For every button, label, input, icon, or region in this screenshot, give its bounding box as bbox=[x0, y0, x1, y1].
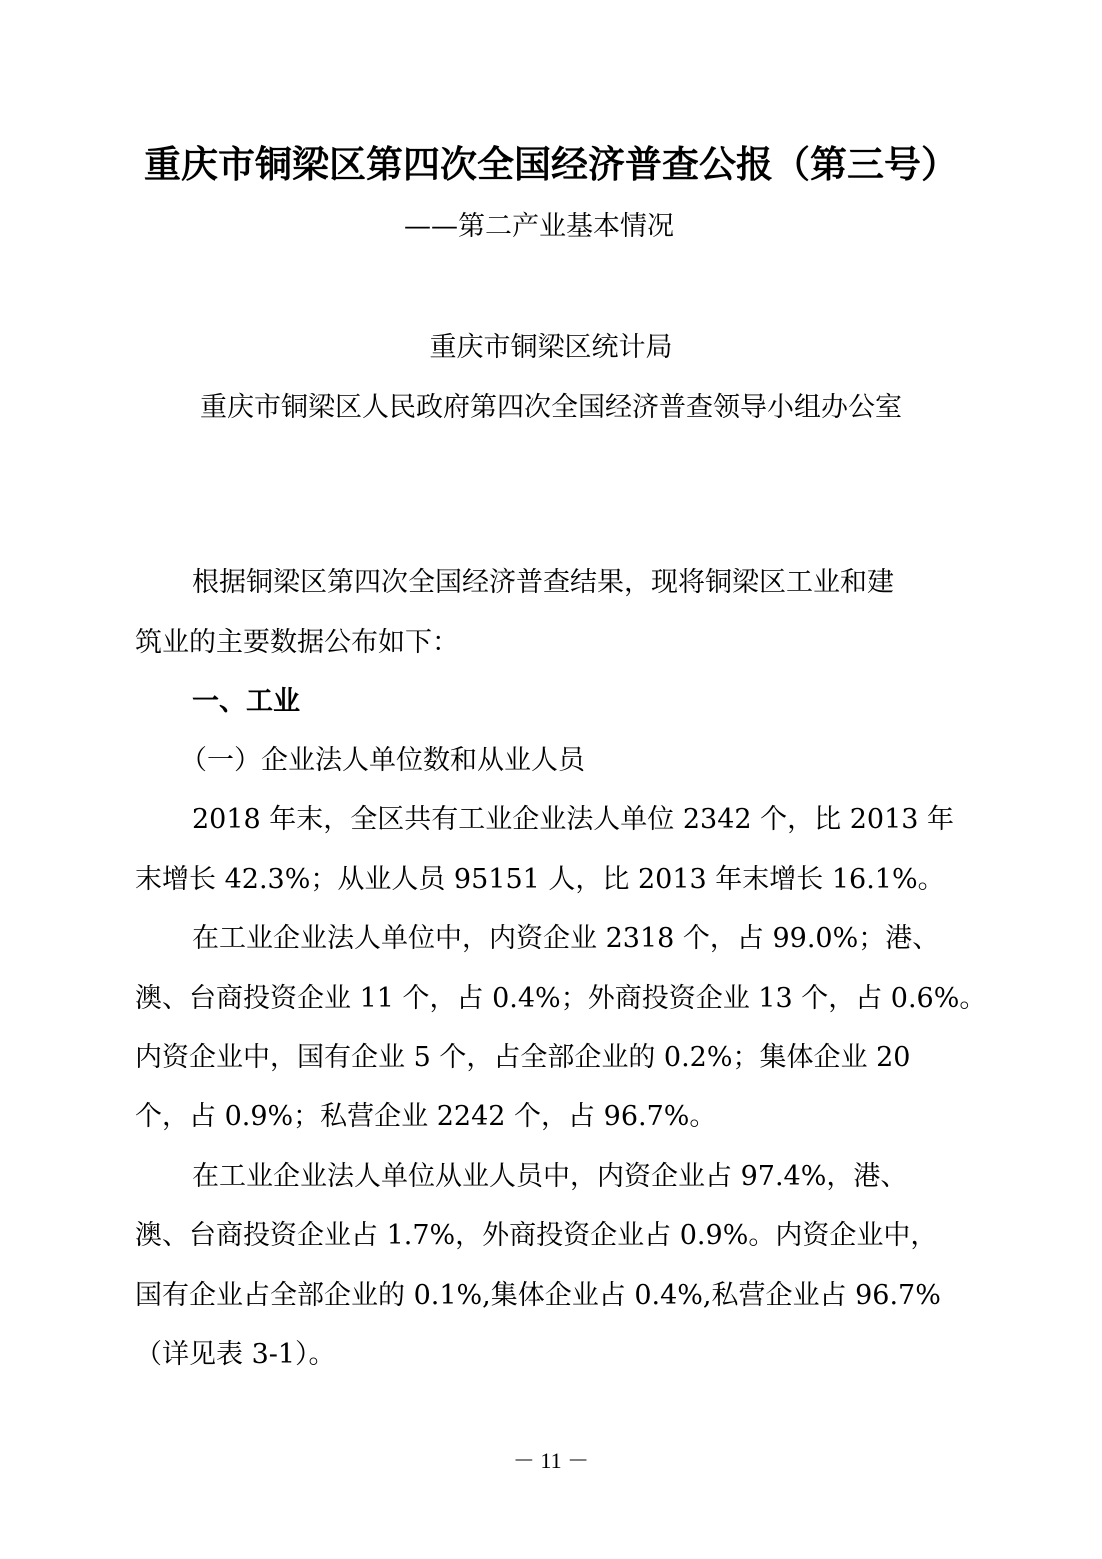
section-heading-industry: 一、工业 bbox=[192, 682, 300, 722]
paragraph-totals-line-2: 末增长 42.3%；从业人员 95151 人，比 2013 年末增长 16.1%… bbox=[135, 860, 945, 900]
page-number: － 11 － bbox=[0, 1446, 1102, 1476]
document-page: 重庆市铜梁区第四次全国经济普查公报（第三号） ——第二产业基本情况 重庆市铜梁区… bbox=[0, 0, 1102, 1559]
paragraph-ownership-line-2: 澳、台商投资企业 11 个，占 0.4%；外商投资企业 13 个，占 0.6%。 bbox=[135, 979, 986, 1019]
paragraph-ownership-line-3: 内资企业中，国有企业 5 个，占全部企业的 0.2%；集体企业 20 bbox=[135, 1038, 910, 1078]
paragraph-employees-line-4: （详见表 3-1）。 bbox=[135, 1335, 336, 1375]
document-subtitle: ——第二产业基本情况 bbox=[404, 207, 674, 247]
issuer-statistics-bureau: 重庆市铜梁区统计局 bbox=[0, 328, 1102, 368]
paragraph-ownership-line-4: 个，占 0.9%；私营企业 2242 个，占 96.7%。 bbox=[135, 1097, 716, 1137]
document-title: 重庆市铜梁区第四次全国经济普查公报（第三号） bbox=[0, 136, 1102, 192]
paragraph-intro-line-1: 根据铜梁区第四次全国经济普查结果，现将铜梁区工业和建 bbox=[192, 563, 894, 603]
paragraph-totals-line-1: 2018 年末，全区共有工业企业法人单位 2342 个，比 2013 年 bbox=[192, 800, 954, 840]
paragraph-ownership-line-1: 在工业企业法人单位中，内资企业 2318 个，占 99.0%；港、 bbox=[192, 919, 939, 959]
paragraph-employees-line-3: 国有企业占全部企业的 0.1%,集体企业占 0.4%,私营企业占 96.7% bbox=[135, 1276, 941, 1316]
issuer-census-office: 重庆市铜梁区人民政府第四次全国经济普查领导小组办公室 bbox=[0, 388, 1102, 428]
subsection-heading-units-employees: （一）企业法人单位数和从业人员 bbox=[180, 741, 585, 781]
paragraph-employees-line-2: 澳、台商投资企业占 1.7%，外商投资企业占 0.9%。内资企业中， bbox=[135, 1216, 937, 1256]
paragraph-intro-line-2: 筑业的主要数据公布如下： bbox=[135, 623, 459, 663]
paragraph-employees-line-1: 在工业企业法人单位从业人员中，内资企业占 97.4%，港、 bbox=[192, 1157, 907, 1197]
